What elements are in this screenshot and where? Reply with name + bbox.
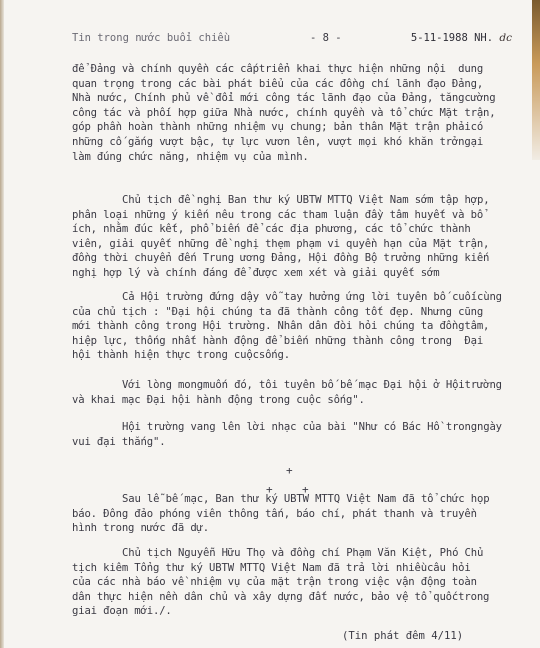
text-line: Nhà nước, Chính phủ về đổi mới công tác … <box>72 91 518 106</box>
text-line: hình trong nước đã dự. <box>72 521 518 536</box>
date-stamp: 5-11-1988 NH. dc <box>411 32 512 44</box>
paper-edge-right <box>532 0 540 160</box>
text-line: Chủ tịch đề nghị Ban thư ký UBTW MTTQ Vi… <box>72 193 518 208</box>
text-line: ích, nhằm đúc kết, phổ biến để các địa p… <box>72 222 518 237</box>
text-line: Với lòng mongmuốn đó, tôi tuyên bố bế mạ… <box>72 378 518 393</box>
text-line: mới thành công trong Hội trường. Nhân dâ… <box>72 319 518 334</box>
text-line: để Đảng và chính quyền các cấptriển khai… <box>72 62 518 77</box>
date: 5-11-1988 NH. <box>411 32 493 44</box>
section-title: Tin trong nước buổi chiều <box>72 32 230 44</box>
text-line: quan trọng trong các bài phát biểu của c… <box>72 77 518 92</box>
page-number: - 8 - <box>310 32 342 44</box>
paper-edge-left <box>0 0 4 648</box>
page-header: Tin trong nước buổi chiều - 8 - 5-11-198… <box>72 32 520 48</box>
text-line: Chủ tịch Nguyễn Hữu Thọ và đồng chí Phạm… <box>72 546 518 561</box>
text-line: Sau lễ bế mạc, Ban thư ký UBTW MTTQ Việt… <box>72 492 518 507</box>
text-line: vui đại thắng". <box>72 435 518 450</box>
text-line: hội thành hiện thực trong cuộcsống. <box>72 348 518 363</box>
text-line: và khai mạc Đại hội hành động trong cuộc… <box>72 393 518 408</box>
separator-mark: + <box>302 483 309 496</box>
text-line: đồng thời chuyển đến Trung ương Đảng, Hộ… <box>72 251 518 266</box>
text-line: tịch kiêm Tổng thư ký UBTW MTTQ Việt Nam… <box>72 561 518 576</box>
text-line: giai đoạn mới./. <box>72 604 518 619</box>
text-line: Hội trường vang lên lời nhạc của bài "Nh… <box>72 420 518 435</box>
text-line: góp phần hoàn thành những nhiệm vụ chung… <box>72 120 518 135</box>
handwritten-initials: dc <box>499 32 512 44</box>
text-line: những cố gắng vượt bậc, tự lực vươn lên,… <box>72 135 518 150</box>
paragraph: Sau lễ bế mạc, Ban thư ký UBTW MTTQ Việt… <box>72 492 518 536</box>
paragraph: Hội trường vang lên lời nhạc của bài "Nh… <box>72 420 518 449</box>
text-line: của chủ tịch : "Đại hội chúng ta đã thàn… <box>72 305 518 320</box>
transmission-note: (Tin phát đêm 4/11) <box>342 630 463 642</box>
paragraph: để Đảng và chính quyền các cấptriển khai… <box>72 62 518 164</box>
separator-mark: + <box>286 464 293 477</box>
paragraph: Cả Hội trường đứng dậy vỗ tay hưởng ứng … <box>72 290 518 363</box>
paragraph: Chủ tịch đề nghị Ban thư ký UBTW MTTQ Vi… <box>72 193 518 281</box>
text-line: Cả Hội trường đứng dậy vỗ tay hưởng ứng … <box>72 290 518 305</box>
document-page: Tin trong nước buổi chiều - 8 - 5-11-198… <box>0 0 540 648</box>
text-line: dân thực hiện nền dân chủ và xây dựng đấ… <box>72 590 518 605</box>
text-line: của các nhà báo về nhiệm vụ của mặt trận… <box>72 575 518 590</box>
paragraph: Chủ tịch Nguyễn Hữu Thọ và đồng chí Phạm… <box>72 546 518 619</box>
text-line: làm đúng chức năng, nhiệm vụ của mình. <box>72 150 518 165</box>
text-line: hiệp lực, thống nhất hành động để biến n… <box>72 334 518 349</box>
text-line: nghị hợp lý và chính đáng để được xem xé… <box>72 266 518 281</box>
text-line: công tác và phối hợp giữa Nhà nước, chín… <box>72 106 518 121</box>
text-line: phân loại những ý kiến nêu trong các tha… <box>72 208 518 223</box>
text-line: viên, giải quyết những đề nghị thẹm phạm… <box>72 237 518 252</box>
paragraph: Với lòng mongmuốn đó, tôi tuyên bố bế mạ… <box>72 378 518 407</box>
separator-mark: + <box>266 483 273 496</box>
text-line: báo. Đông đảo phóng viên thông tấn, báo … <box>72 507 518 522</box>
